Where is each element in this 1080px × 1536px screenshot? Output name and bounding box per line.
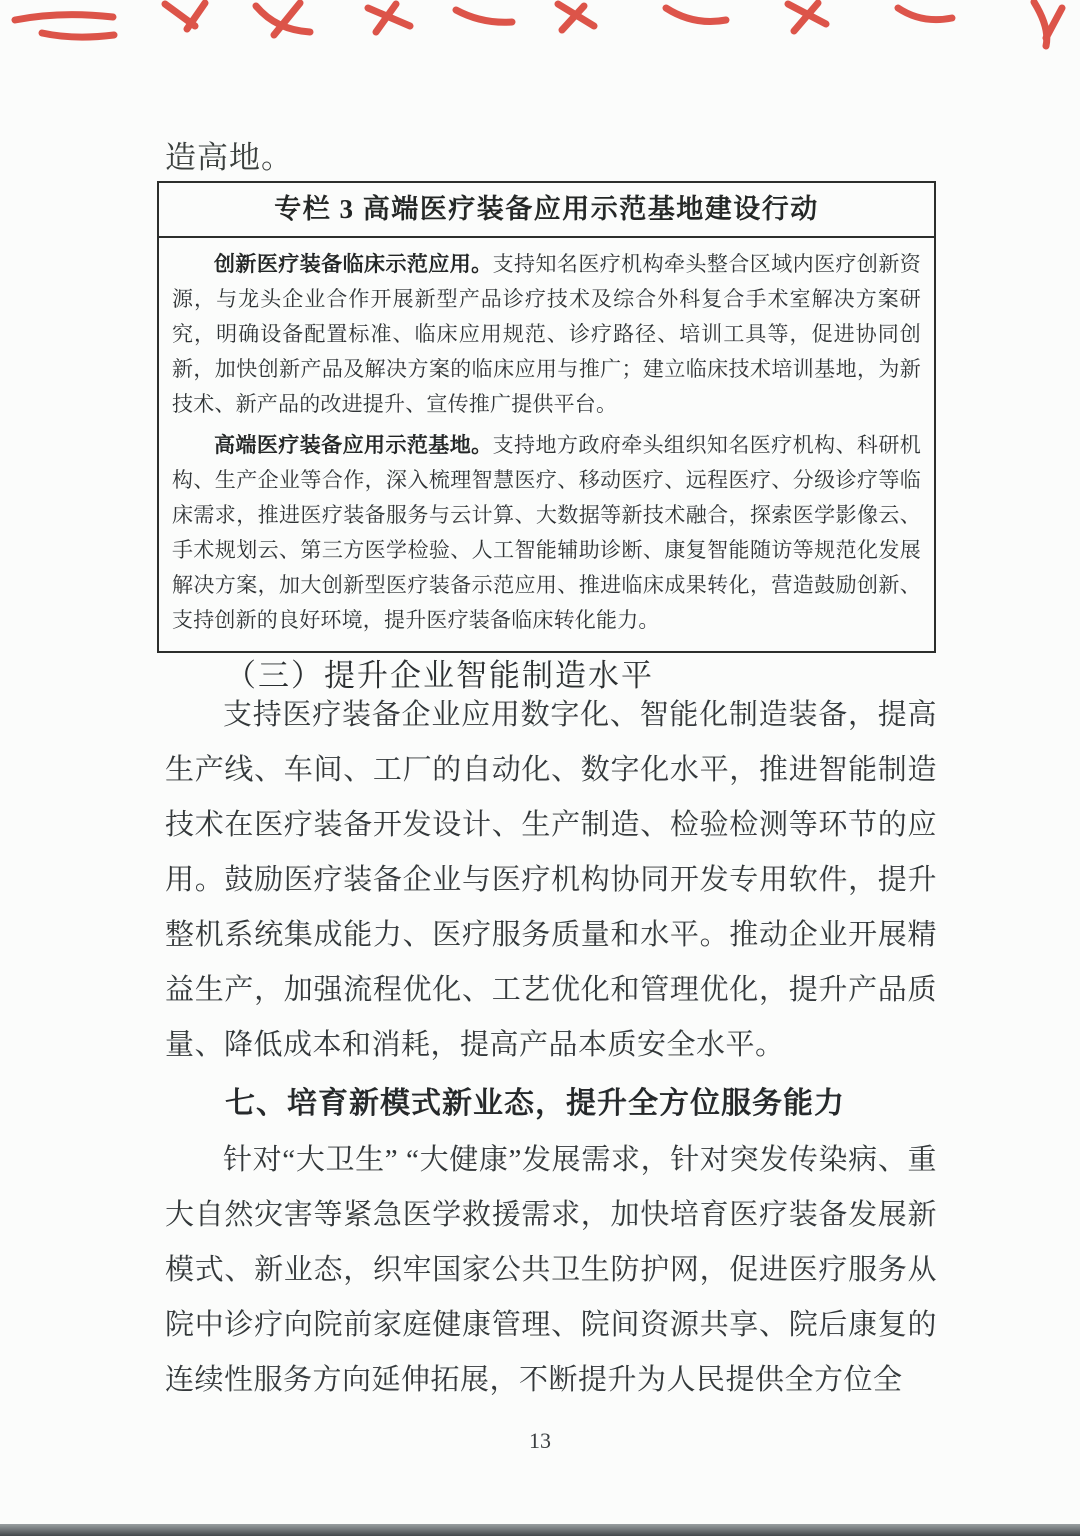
box-paragraph-2: 高端医疗装备应用示范基地。支持地方政府牵头组织知名医疗机构、科研机构、生产企业等… <box>172 428 921 638</box>
section-three-paragraph: 支持医疗装备企业应用数字化、智能化制造装备，提高生产线、车间、工厂的自动化、数字… <box>165 688 937 1073</box>
scan-edge-shadow <box>0 1524 1080 1536</box>
section-seven-paragraph: 针对“大卫生” “大健康”发展需求，针对突发传染病、重大自然灾害等紧急医学救援需… <box>165 1133 937 1408</box>
column-box-body: 创新医疗装备临床示范应用。支持知名医疗机构牵头整合区域内医疗创新资源，与龙头企业… <box>159 238 934 651</box>
box-paragraph-2-text: 支持地方政府牵头组织知名医疗机构、科研机构、生产企业等合作，深入梳理智慧医疗、移… <box>172 433 921 632</box>
box-paragraph-1: 创新医疗装备临床示范应用。支持知名医疗机构牵头整合区域内医疗创新资源，与龙头企业… <box>172 247 921 422</box>
intro-line: 造高地。 <box>165 132 293 177</box>
box-paragraph-1-text: 支持知名医疗机构牵头整合区域内医疗创新资源，与龙头企业合作开展新型产品诊疗技术及… <box>172 252 921 416</box>
section-heading-seven: 七、培育新模式新业态，提升全方位服务能力 <box>165 1078 937 1122</box>
document-page: 造高地。 专栏 3 高端医疗装备应用示范基地建设行动 创新医疗装备临床示范应用。… <box>0 0 1080 1536</box>
red-pen-marks-icon <box>0 0 1080 50</box>
page-number: 13 <box>0 1428 1080 1454</box>
column-box-title: 专栏 3 高端医疗装备应用示范基地建设行动 <box>159 183 934 238</box>
column-box: 专栏 3 高端医疗装备应用示范基地建设行动 创新医疗装备临床示范应用。支持知名医… <box>157 181 936 653</box>
box-paragraph-2-lead: 高端医疗装备应用示范基地。 <box>214 433 493 457</box>
box-paragraph-1-lead: 创新医疗装备临床示范应用。 <box>214 252 493 276</box>
